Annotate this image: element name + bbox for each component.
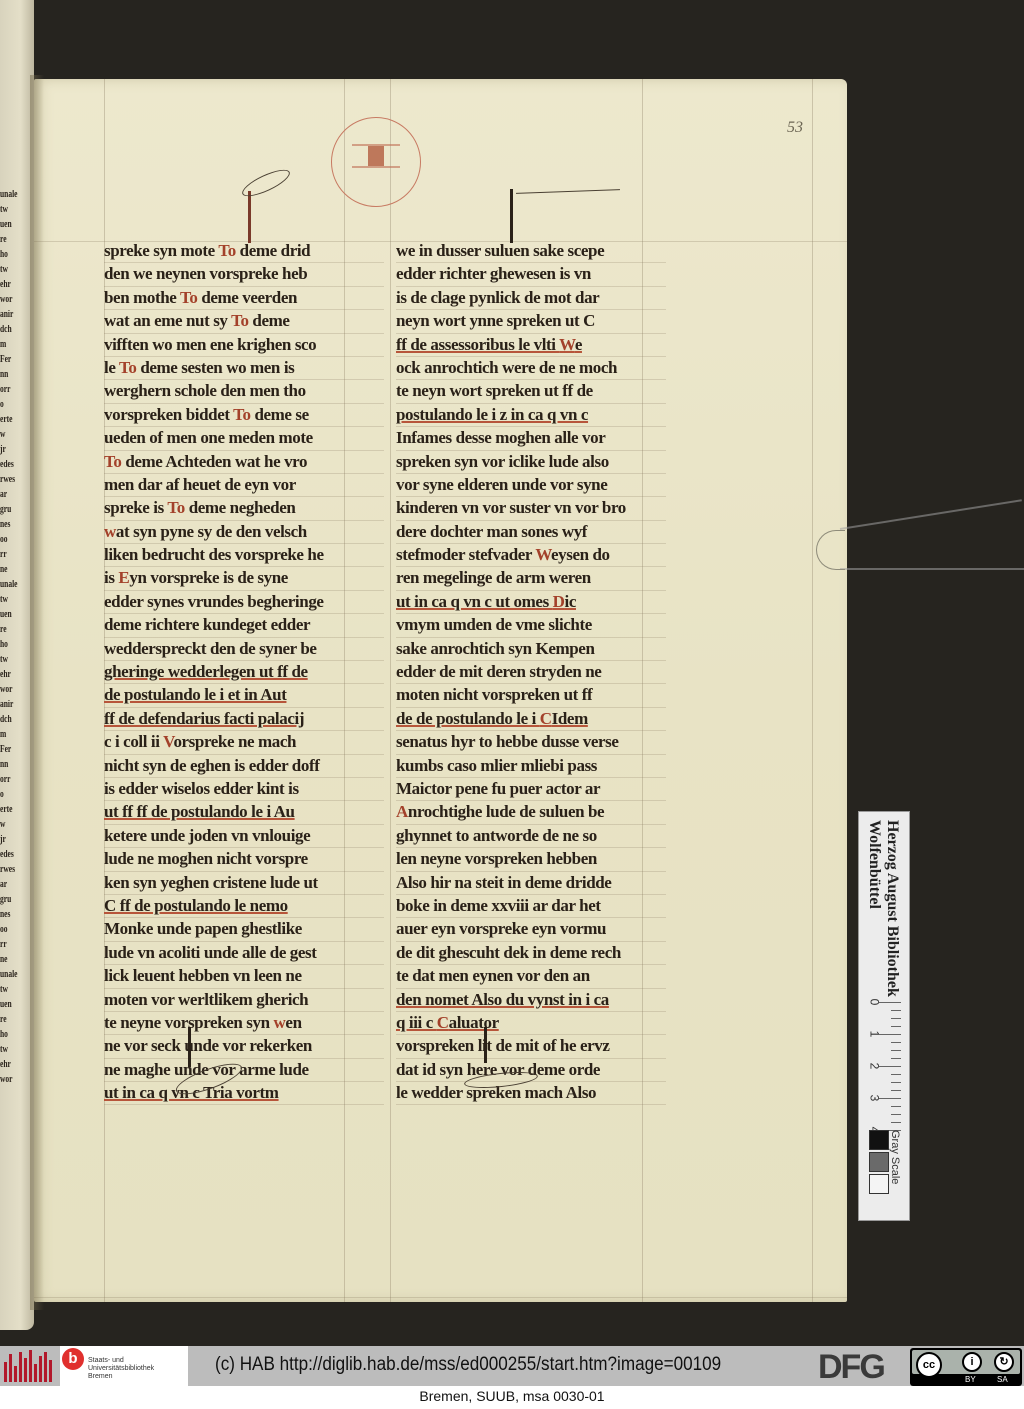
shelfmark-caption: Bremen, SUUB, msa 0030-01: [0, 1388, 1024, 1404]
descender-flourish: [484, 1027, 487, 1063]
cc-license-badge[interactable]: cc i ↻ BY SA: [910, 1348, 1022, 1386]
manuscript-line: lude vn acoliti unde alle de gest: [104, 942, 384, 965]
facing-page-text: w: [0, 430, 26, 440]
manuscript-line: wat an eme nut sy To deme: [104, 310, 384, 333]
manuscript-line: stefmoder stefvader Weysen do: [396, 544, 666, 567]
manuscript-line: To deme Achteden wat he vro: [104, 451, 384, 474]
manuscript-line: Also hir na steit in deme dridde: [396, 872, 666, 895]
footer-bar: b Staats- und Universitätsbibliothek Bre…: [0, 1346, 1024, 1386]
manuscript-line: gheringe wedderlegen ut ff de: [104, 661, 384, 684]
facing-page-text: Fer: [0, 355, 26, 365]
manuscript-leaf: 53 spreke syn mote To deme dridden we ne…: [34, 79, 847, 1302]
rubric-initial: C: [437, 1013, 449, 1032]
text-column-right: we in dusser suluen sake scepeedder rich…: [396, 240, 666, 1105]
manuscript-line: ut in ca q vn c Tria vortm: [104, 1082, 384, 1105]
manuscript-line: ut in ca q vn c ut omes Dic: [396, 591, 666, 614]
grayscale-label: Gray Scale: [889, 1130, 901, 1184]
facing-page-text: m: [0, 730, 26, 740]
manuscript-line: nicht syn de eghen is edder doff: [104, 755, 384, 778]
manuscript-line: postulando le i z in ca q vn c: [396, 404, 666, 427]
facing-page-text: ehr: [0, 280, 26, 290]
facing-page-edge: unaletwuenrehotwehrworanirdchmFernnorroe…: [0, 0, 34, 1330]
manuscript-line: de postulando le i et in Aut: [104, 684, 384, 707]
rubric-initial: w: [274, 1013, 286, 1032]
support-wire: [840, 568, 1024, 570]
manuscript-line: moten nicht vorspreken ut ff: [396, 684, 666, 707]
facing-page-text: w: [0, 820, 26, 830]
manuscript-line: is edder wiselos edder kint is: [104, 778, 384, 801]
facing-page-text: uen: [0, 220, 26, 230]
facing-page-text: orr: [0, 775, 26, 785]
gutter-shadow: [30, 75, 44, 1310]
manuscript-line: edder de mit deren stryden ne: [396, 661, 666, 684]
ruling-line: [390, 79, 391, 1302]
institution-name: Herzog August Bibliothek: [884, 820, 901, 997]
text-column-left: spreke syn mote To deme dridden we neyne…: [104, 240, 384, 1105]
facing-page-text: ne: [0, 955, 26, 965]
scale-number: 2: [867, 1063, 881, 1070]
facing-page-text: ho: [0, 250, 26, 260]
rubric-initial: C: [540, 709, 552, 728]
manuscript-line: Infames desse moghen alle vor: [396, 427, 666, 450]
manuscript-line: c i coll ii Vorspreke ne mach: [104, 731, 384, 754]
manuscript-scan: unaletwuenrehotwehrworanirdchmFernnorroe…: [0, 0, 1024, 1346]
manuscript-line: moten vor werltlikem gherich: [104, 989, 384, 1012]
ascender-flourish: [248, 191, 251, 243]
manuscript-line: den nomet Also du vynst in i ca: [396, 989, 666, 1012]
manuscript-line: te dat men eynen vor den an: [396, 965, 666, 988]
facing-page-text: ehr: [0, 1060, 26, 1070]
facing-page-text: erte: [0, 805, 26, 815]
by-label: BY: [965, 1375, 976, 1384]
pen-stroke: [516, 189, 620, 194]
facing-page-text: unale: [0, 190, 26, 200]
institution-city: Wolfenbüttel: [866, 820, 883, 909]
manuscript-line: vorspreken lit de mit of he ervz: [396, 1035, 666, 1058]
facing-page-text: wor: [0, 685, 26, 695]
copyright-link[interactable]: (c) HAB http://diglib.hab.de/mss/ed00025…: [215, 1354, 721, 1376]
manuscript-line: ketere unde joden vn vnlouige: [104, 825, 384, 848]
facing-page-text: nes: [0, 910, 26, 920]
facing-page-text: ho: [0, 1030, 26, 1040]
facing-page-text: oo: [0, 925, 26, 935]
gray-patch-white: [869, 1174, 889, 1194]
facing-page-text: rr: [0, 940, 26, 950]
pen-flourish: [239, 165, 293, 201]
facing-page-text: ne: [0, 565, 26, 575]
facing-page-text: ar: [0, 880, 26, 890]
manuscript-line: vorspreken biddet To deme se: [104, 404, 384, 427]
gray-patch-mid: [869, 1152, 889, 1172]
manuscript-line: le wedder spreken mach Also: [396, 1082, 666, 1105]
manuscript-line: we in dusser suluen sake scepe: [396, 240, 666, 263]
facing-page-text: oo: [0, 535, 26, 545]
facing-page-text: Fer: [0, 745, 26, 755]
ruler-scale: 01234: [865, 1002, 903, 1142]
facing-page-text: uen: [0, 1000, 26, 1010]
manuscript-line: is de clage pynlick de mot dar: [396, 287, 666, 310]
rubric-initial: E: [118, 568, 129, 587]
manuscript-line: lude ne moghen nicht vorspre: [104, 848, 384, 871]
facing-page-text: o: [0, 400, 26, 410]
manuscript-line: de de postulando le i CIdem: [396, 708, 666, 731]
manuscript-line: spreken syn vor iclike lude also: [396, 451, 666, 474]
facing-page-text: ar: [0, 490, 26, 500]
rubric-initial: To: [218, 241, 235, 260]
manuscript-line: ff de defendarius facti palacij: [104, 708, 384, 731]
manuscript-line: men dar af heuet de eyn vor: [104, 474, 384, 497]
manuscript-line: Maictor pene fu puer actor ar: [396, 778, 666, 801]
rubric-initial: To: [233, 405, 250, 424]
facing-page-text: tw: [0, 595, 26, 605]
suub-name: Staats- und Universitätsbibliothek Breme…: [88, 1357, 154, 1381]
rubric-initial: To: [167, 498, 184, 517]
manuscript-line: boke in deme xxviii ar dar het: [396, 895, 666, 918]
manuscript-line: is Eyn vorspreke is de syne: [104, 567, 384, 590]
manuscript-line: kumbs caso mlier mliebi pass: [396, 755, 666, 778]
library-stamp-roundel: [331, 117, 421, 207]
manuscript-line: ghynnet to antworde de ne so: [396, 825, 666, 848]
manuscript-line: Anrochtighe lude de suluen be: [396, 801, 666, 824]
facing-page-text: nn: [0, 370, 26, 380]
rubric-initial: A: [396, 802, 408, 821]
ruling-line: [34, 1297, 847, 1298]
manuscript-line: deme richtere kundeget edder: [104, 614, 384, 637]
manuscript-line: kinderen vn vor suster vn vor bro: [396, 497, 666, 520]
scale-number: 0: [867, 999, 881, 1006]
facing-page-text: uen: [0, 610, 26, 620]
facing-page-text: unale: [0, 970, 26, 980]
rubric-initial: To: [180, 288, 197, 307]
facing-page-text: rwes: [0, 865, 26, 875]
facing-page-text: edes: [0, 850, 26, 860]
facing-page-text: nes: [0, 520, 26, 530]
facing-page-text: ho: [0, 640, 26, 650]
manuscript-line: te neyne vorspreken syn wen: [104, 1012, 384, 1035]
facing-page-text: wor: [0, 295, 26, 305]
manuscript-line: liken bedrucht des vorspreke he: [104, 544, 384, 567]
rubric-initial: To: [104, 452, 121, 471]
gray-patch-black: [869, 1130, 889, 1150]
facing-page-text: re: [0, 1015, 26, 1025]
manuscript-line: vifften wo men ene krighen sco: [104, 334, 384, 357]
manuscript-line: ne vor seck unde vor rekerken: [104, 1035, 384, 1058]
facing-page-text: o: [0, 790, 26, 800]
facing-page-text: nn: [0, 760, 26, 770]
rubric-initial: V: [163, 732, 173, 751]
manuscript-line: lick leuent hebben vn leen ne: [104, 965, 384, 988]
share-alike-icon: ↻: [994, 1352, 1014, 1372]
facing-page-text: tw: [0, 655, 26, 665]
manuscript-line: len neyne vorspreken hebben: [396, 848, 666, 871]
manuscript-line: Monke unde papen ghestlike: [104, 918, 384, 941]
manuscript-line: den we neynen vorspreke heb: [104, 263, 384, 286]
manuscript-line: le To deme sesten wo men is: [104, 357, 384, 380]
facing-page-text: tw: [0, 985, 26, 995]
manuscript-line: ben mothe To deme veerden: [104, 287, 384, 310]
manuscript-line: edder richter ghewesen is vn: [396, 263, 666, 286]
facing-page-text: jr: [0, 835, 26, 845]
manuscript-line: sake anrochtich syn Kempen: [396, 638, 666, 661]
facing-page-text: wor: [0, 1075, 26, 1085]
facing-page-text: orr: [0, 385, 26, 395]
manuscript-line: dere dochter man sones wyf: [396, 521, 666, 544]
facing-page-text: m: [0, 340, 26, 350]
facing-page-text: anir: [0, 310, 26, 320]
manuscript-line: ut ff ff de postulando le i Au: [104, 801, 384, 824]
institution-label: Herzog August Bibliothek Wolfenbüttel: [865, 820, 901, 997]
manuscript-line: spreke is To deme negheden: [104, 497, 384, 520]
manuscript-line: ff de assessoribus le vlti We: [396, 334, 666, 357]
manuscript-line: auer eyn vorspreke eyn vormu: [396, 918, 666, 941]
manuscript-line: vor syne elderen unde vor syne: [396, 474, 666, 497]
manuscript-line: ueden of men one meden mote: [104, 427, 384, 450]
suub-b-icon: b: [62, 1348, 84, 1370]
ascender-flourish: [510, 189, 513, 243]
manuscript-line: neyn wort ynne spreken ut C: [396, 310, 666, 333]
facing-page-text: re: [0, 235, 26, 245]
suub-logo[interactable]: b Staats- und Universitätsbibliothek Bre…: [60, 1346, 188, 1386]
rubric-initial: To: [119, 358, 136, 377]
manuscript-line: spreke syn mote To deme drid: [104, 240, 384, 263]
sa-label: SA: [997, 1375, 1008, 1384]
manuscript-line: C ff de postulando le nemo: [104, 895, 384, 918]
facing-page-text: dch: [0, 715, 26, 725]
support-wire: [840, 499, 1022, 530]
facing-page-text: jr: [0, 445, 26, 455]
rubric-initial: W: [559, 335, 575, 354]
attribution-icon: i: [962, 1352, 982, 1372]
facing-page-text: tw: [0, 265, 26, 275]
dfg-logo: DFG: [818, 1350, 884, 1384]
manuscript-line: te neyn wort spreken ut ff de: [396, 380, 666, 403]
manuscript-line: vmym umden de vme slichte: [396, 614, 666, 637]
facing-page-text: dch: [0, 325, 26, 335]
facing-page-text: rr: [0, 550, 26, 560]
rubric-initial: w: [104, 522, 116, 541]
descender-flourish: [188, 1027, 191, 1067]
rubric-initial: W: [535, 545, 551, 564]
facing-page-text: erte: [0, 415, 26, 425]
manuscript-line: q iii c Caluator: [396, 1012, 666, 1035]
stamp-mark: [368, 146, 384, 166]
facing-page-text: tw: [0, 1045, 26, 1055]
manuscript-line: ren megelinge de arm weren: [396, 567, 666, 590]
facing-page-text: ehr: [0, 670, 26, 680]
facing-page-text: gru: [0, 895, 26, 905]
facing-page-text: rwes: [0, 475, 26, 485]
manuscript-line: ock anrochtich were de ne moch: [396, 357, 666, 380]
manuscript-line: edder synes vrundes begheringe: [104, 591, 384, 614]
facing-page-text: unale: [0, 580, 26, 590]
facing-page-text: re: [0, 625, 26, 635]
manuscript-line: ken syn yeghen cristene lude ut: [104, 872, 384, 895]
folio-number: 53: [787, 119, 803, 137]
rubric-initial: D: [553, 592, 565, 611]
cc-icon: cc: [916, 1352, 942, 1378]
facing-page-text: edes: [0, 460, 26, 470]
manuscript-line: senatus hyr to hebbe dusse verse: [396, 731, 666, 754]
rubric-initial: To: [231, 311, 248, 330]
ruling-line: [812, 79, 813, 1302]
color-calibration-target: Herzog August Bibliothek Wolfenbüttel 01…: [858, 811, 910, 1221]
manuscript-line: wat syn pyne sy de den velsch: [104, 521, 384, 544]
scale-number: 3: [867, 1095, 881, 1102]
manuscript-line: werghern schole den men tho: [104, 380, 384, 403]
manuscript-line: de dit ghescuht dek in deme rech: [396, 942, 666, 965]
facing-page-text: gru: [0, 505, 26, 515]
manuscript-line: wedderspreckt den de syner be: [104, 638, 384, 661]
scale-number: 1: [867, 1031, 881, 1038]
manuscript-line: ne maghe unde vor arme lude: [104, 1059, 384, 1082]
facing-page-text: anir: [0, 700, 26, 710]
facing-page-text: tw: [0, 205, 26, 215]
suub-barcode-logo: [4, 1350, 52, 1382]
